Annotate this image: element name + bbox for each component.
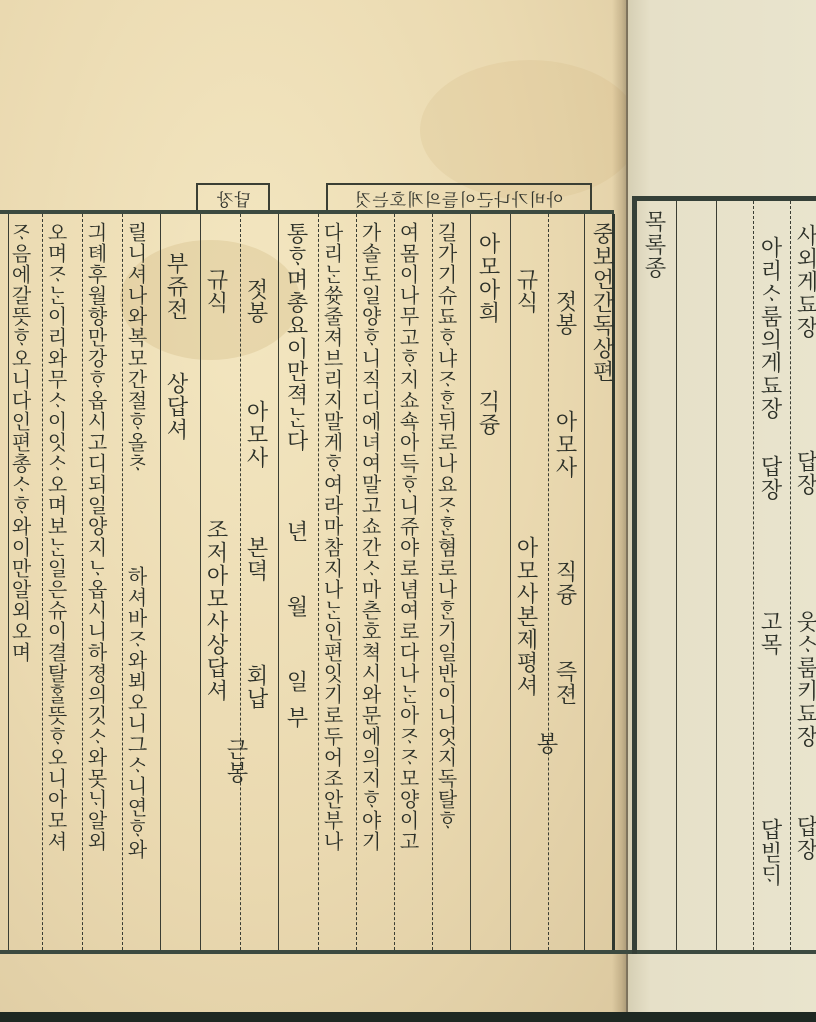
column-text: 부쥬전 bbox=[164, 252, 186, 321]
book-title: 중보언간독상편 bbox=[590, 222, 612, 383]
column-text: 봉 bbox=[534, 732, 556, 755]
body-text-column: 통ᄒᆞ며총요이만젹ᄂᆞᆫ다 bbox=[284, 222, 306, 452]
body-text-column: 긔톄후월향만강ᄒᆞ옵시고디되일양지ᄂᆞ옵시니하졍의깃ᄉᆞ와못ᄂᆡ알외 bbox=[86, 222, 106, 852]
paper-stain bbox=[420, 60, 640, 200]
bottom-border-rule bbox=[0, 950, 816, 954]
frame-left-rule bbox=[632, 196, 637, 954]
toc-entry: 답장 bbox=[758, 455, 780, 501]
toc-entry: 답장 bbox=[794, 450, 816, 496]
date-line: 년 월 일부 bbox=[284, 520, 306, 742]
toc-entry: 웃ᄉᆞ룸키됴장 bbox=[794, 610, 816, 748]
column-text: 아모사 bbox=[553, 410, 575, 479]
toc-entry: 답장 bbox=[794, 815, 816, 861]
body-text-column: ᄌᆞ음에갈뜻ᄒᆞ오니다인편총ᄉᆞᄒᆞ와이만알외오며 bbox=[10, 222, 30, 663]
column-text: 젓봉 bbox=[553, 290, 575, 336]
column-rule bbox=[548, 214, 549, 950]
column-text: 아모아희 bbox=[476, 232, 498, 324]
column-text: 회납 bbox=[244, 664, 266, 710]
column-rule bbox=[676, 201, 677, 950]
section-label-box: 답장 bbox=[196, 183, 270, 213]
column-rule bbox=[42, 214, 43, 950]
column-rule bbox=[356, 214, 357, 950]
scan-edge bbox=[0, 1012, 816, 1022]
column-rule bbox=[200, 214, 201, 950]
column-text: 긱즁 bbox=[476, 390, 498, 436]
section-label: 답장 bbox=[216, 186, 251, 211]
column-text: 즉젼 bbox=[553, 660, 575, 706]
column-rule bbox=[716, 201, 717, 950]
column-text: 규식 bbox=[204, 268, 226, 314]
column-text: 아모사본제평셔 bbox=[514, 536, 536, 697]
toc-entry: 고목 bbox=[758, 610, 780, 656]
column-text: 규식 bbox=[514, 268, 536, 314]
column-rule bbox=[470, 214, 471, 950]
column-text: 조저아모사상답셔 bbox=[204, 518, 226, 702]
column-rule bbox=[278, 214, 279, 950]
column-text: 상답셔 bbox=[164, 372, 186, 441]
chapter-title-box: 아비가나근이들의게호는것 bbox=[326, 183, 592, 213]
column-rule bbox=[394, 214, 395, 950]
chapter-title: 아비가나근이들의게호는것 bbox=[354, 186, 563, 211]
body-text-column: 오며ᄌᆞᄂᆞᆫ이리와무ᄉᆞ이잇ᄉᆞ오며보ᄂᆞᆫ일은슈이결탈ᄒᆞᆯ뜻ᄒᆞ오니아모셔 bbox=[46, 222, 66, 852]
column-rule bbox=[432, 214, 433, 950]
column-rule bbox=[510, 214, 511, 950]
column-rule bbox=[584, 214, 585, 950]
body-text-column: 하셔바ᄌᆞ와뵈오니그ᄉᆞ니연ᄒᆞ와 bbox=[126, 566, 146, 860]
column-text: 본뎍 bbox=[244, 536, 266, 582]
column-rule bbox=[122, 214, 123, 950]
right-page bbox=[626, 0, 816, 1015]
column-rule bbox=[790, 201, 791, 950]
top-border-rule bbox=[0, 210, 614, 214]
body-text-column: 릴니셔나와복모간절ᄒᆞ올ᄎᆞ bbox=[126, 222, 146, 474]
column-text: 근봉 bbox=[224, 738, 246, 784]
column-text: 아모사 bbox=[244, 400, 266, 469]
column-text: 직즁 bbox=[553, 560, 575, 606]
body-text-column: 길가기슈됴ᄒᆞ냐ᄌᆞᄒᆞᆫ뒤로나요ᄌᆞᄒᆞᆫ혐로나ᄒᆞᆫ기일반이니엇지독탈ᄒᆞ bbox=[436, 222, 456, 831]
toc-entry: 아리ᄉᆞ룸의게됴장 bbox=[758, 236, 780, 420]
body-text-column: 가솔도일양ᄒᆞ니직디에녀여말고쇼간ᄉᆞ마츤호쳑시와문에의지ᄒᆞ야기 bbox=[360, 222, 380, 852]
column-text: 젓봉 bbox=[244, 278, 266, 324]
column-rule bbox=[160, 214, 161, 950]
body-text-column: 여몸이나무고ᄒᆞ지쇼쇽아득ᄒᆞ니쥬야로념여로다나ᄂᆞᆫ아ᄌᆞᄌᆞ모양이고 bbox=[398, 222, 418, 852]
column-rule bbox=[82, 214, 83, 950]
toc-entry: 답빋ᄃᆡ bbox=[758, 818, 780, 887]
frame-top-rule bbox=[632, 196, 816, 201]
body-text-column: 다리ᄂᆞᆫ쓧줄져브리지말게ᄒᆞ여라마참지나ᄂᆞᆫ인편잇기로두어조안부나 bbox=[322, 222, 342, 852]
toc-title: 목록종 bbox=[642, 210, 664, 279]
toc-entry: 사외게됴장 bbox=[794, 224, 816, 339]
column-rule bbox=[753, 201, 754, 950]
column-rule bbox=[318, 214, 319, 950]
column-rule bbox=[240, 214, 241, 950]
